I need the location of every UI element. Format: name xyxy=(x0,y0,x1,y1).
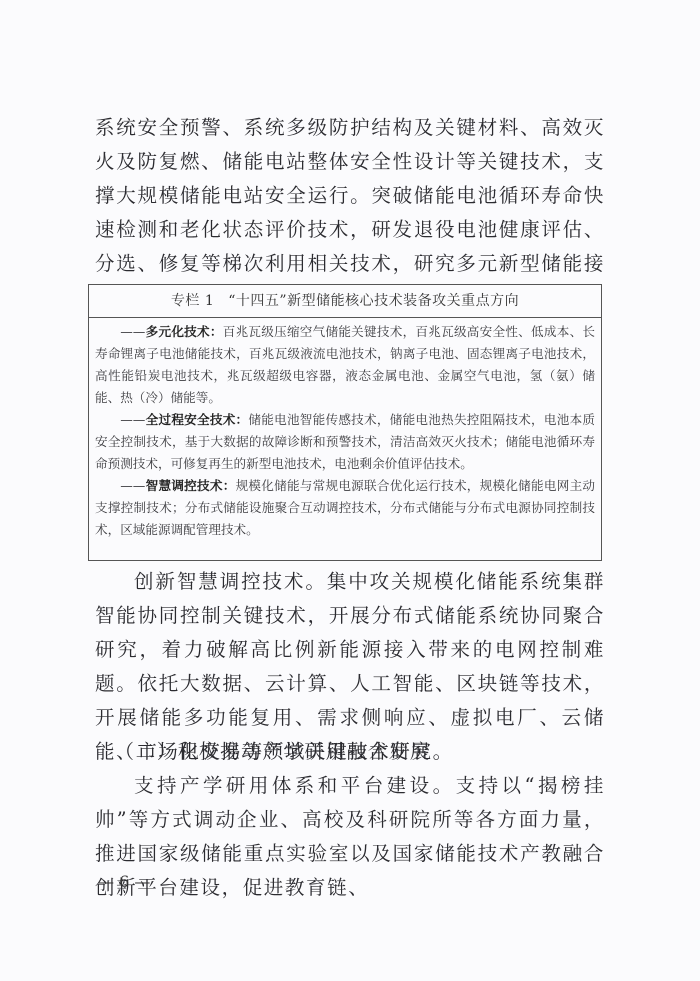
box-label: 专栏 1 xyxy=(171,293,214,309)
box-item-heading: 全过程安全技术： xyxy=(145,412,248,427)
box-item-diversified: ——多元化技术：百兆瓦级压缩空气储能关键技术，百兆瓦级高安全性、低成本、长寿命锂… xyxy=(95,321,595,409)
box-item-heading: 多元化技术： xyxy=(145,324,222,339)
sidebar-box-column-1: 专栏 1“十四五”新型储能核心技术装备攻关重点方向 ——多元化技术：百兆瓦级压缩… xyxy=(88,284,602,561)
section-heading: （二）积极推动产学研用融合发展 xyxy=(95,735,605,769)
dash-prefix: —— xyxy=(120,478,145,493)
document-page: 系统安全预警、系统多级防护结构及关键材料、高效灭火及防复燃、储能电站整体安全性设… xyxy=(0,0,700,981)
dash-prefix: —— xyxy=(120,412,145,427)
box-item-full-process-safety: ——全过程安全技术：储能电池智能传感技术，储能电池热失控阻隔技术，电池本质安全控… xyxy=(95,409,595,475)
paragraph-text: 支持产学研用体系和平台建设。支持以“揭榜挂帅”等方式调动企业、高校及科研院所等各… xyxy=(95,769,605,905)
section-heading-text: （二）积极推动产学研用融合发展 xyxy=(95,735,605,769)
box-title: 专栏 1“十四五”新型储能核心技术装备攻关重点方向 xyxy=(89,285,601,318)
page-number: — 6 — xyxy=(98,872,150,891)
body-paragraph-industry-academia: 支持产学研用体系和平台建设。支持以“揭榜挂帅”等方式调动企业、高校及科研院所等各… xyxy=(95,769,605,905)
box-item-smart-control: ——智慧调控技术：规模化储能与常规电源联合优化运行技术，规模化储能电网主动支撑控… xyxy=(95,475,595,541)
box-body: ——多元化技术：百兆瓦级压缩空气储能关键技术，百兆瓦级高安全性、低成本、长寿命锂… xyxy=(89,318,601,541)
box-title-text: “十四五”新型储能核心技术装备攻关重点方向 xyxy=(228,293,519,309)
dash-prefix: —— xyxy=(120,324,145,339)
box-item-heading: 智慧调控技术： xyxy=(145,478,235,493)
